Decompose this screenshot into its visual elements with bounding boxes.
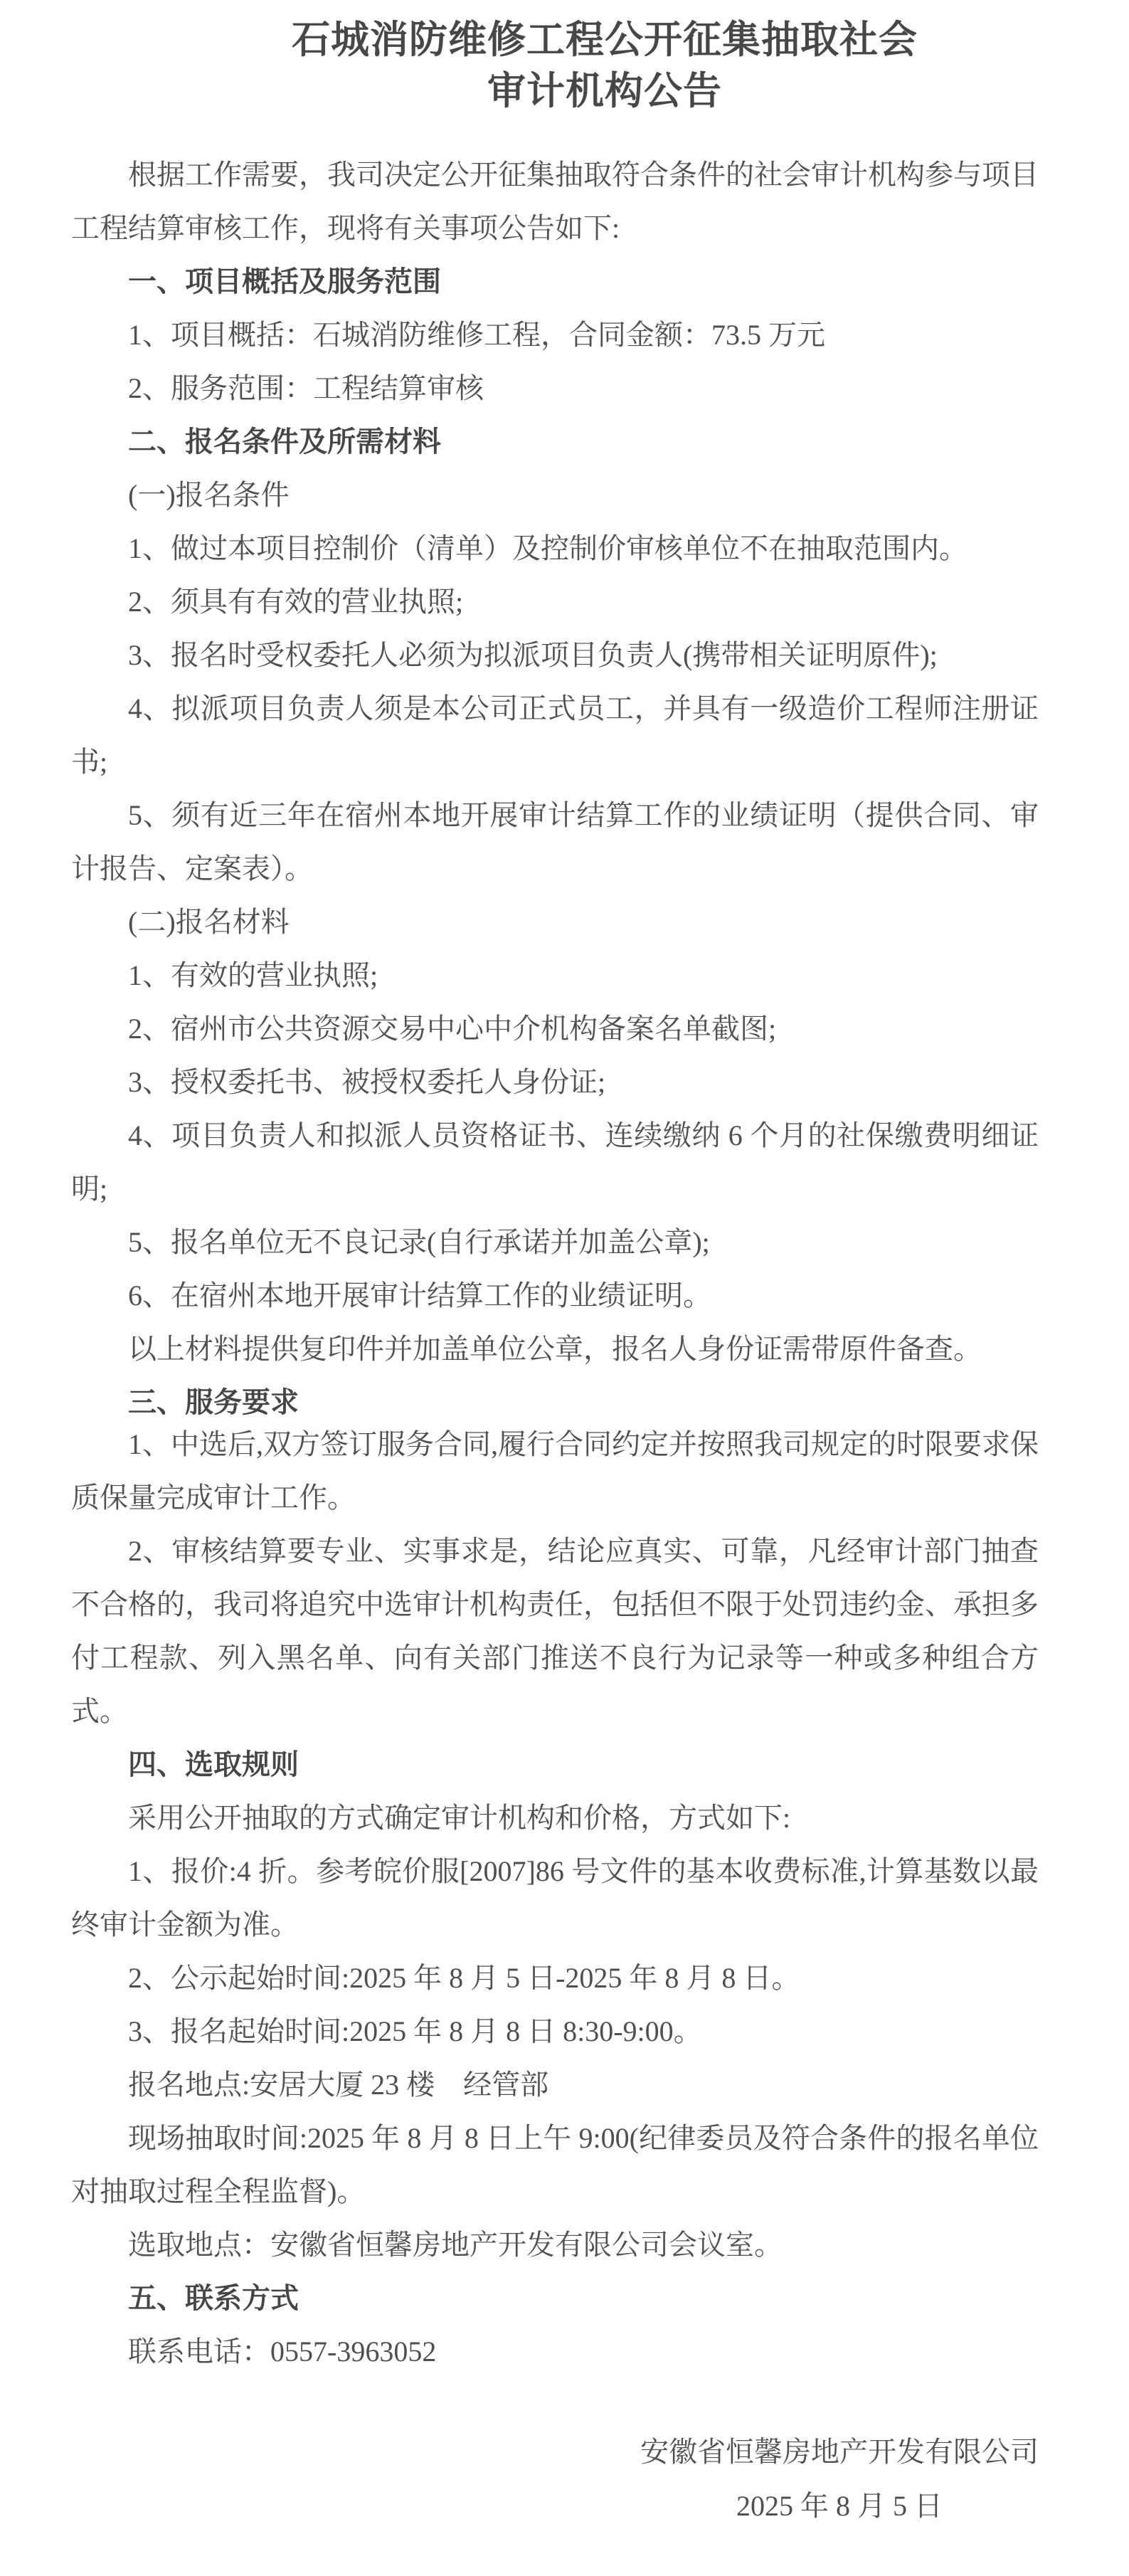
section-3-item-1: 1、中选后,双方签订服务合同,履行合同约定并按照我司规定的时限要求保质保量完成审… [71,1418,1039,1524]
contact-phone: 联系电话：0557-3963052 [71,2325,1039,2378]
registration-location: 报名地点:安居大厦 23 楼 经管部 [71,2058,1039,2111]
subsection-2-2-item-6: 6、在宿州本地开展审计结算工作的业绩证明。 [71,1269,1039,1322]
selection-location: 选取地点：安徽省恒馨房地产开发有限公司会议室。 [71,2218,1039,2271]
subsection-2-1-item-1: 1、做过本项目控制价（清单）及控制价审核单位不在抽取范围内。 [71,522,1039,575]
subsection-2-1-title: (一)报名条件 [71,468,1039,522]
materials-note: 以上材料提供复印件并加盖单位公章，报名人身份证需带原件备查。 [71,1322,1039,1376]
signature-company: 安徽省恒馨房地产开发有限公司 [640,2425,1039,2479]
section-1-item-1: 1、项目概括：石城消防维修工程，合同金额：73.5 万元 [71,308,1039,361]
signature-date: 2025 年 8 月 5 日 [640,2479,1039,2533]
section-4-heading: 四、选取规则 [71,1738,1039,1791]
section-4-intro: 采用公开抽取的方式确定审计机构和价格，方式如下: [71,1791,1039,1844]
subsection-2-1-item-5: 5、须有近三年在宿州本地开展审计结算工作的业绩证明（提供合同、审计报告、定案表）… [71,788,1039,895]
subsection-2-1-item-4: 4、拟派项目负责人须是本公司正式员工，并具有一级造价工程师注册证书; [71,682,1039,788]
page-title: 石城消防维修工程公开征集抽取社会 审计机构公告 [71,14,1039,117]
section-1-heading: 一、项目概括及服务范围 [71,255,1039,308]
subsection-2-2-item-4: 4、项目负责人和拟派人员资格证书、连续缴纳 6 个月的社保缴费明细证明; [71,1109,1039,1215]
section-5-heading: 五、联系方式 [71,2271,1039,2325]
subsection-2-1-item-2: 2、须具有有效的营业执照; [71,575,1039,628]
subsection-2-2-item-2: 2、宿州市公共资源交易中心中介机构备案名单截图; [71,1002,1039,1055]
intro-paragraph: 根据工作需要，我司决定公开征集抽取符合条件的社会审计机构参与项目工程结算审核工作… [71,148,1039,255]
subsection-2-2-item-1: 1、有效的营业执照; [71,949,1039,1002]
signature-block: 安徽省恒馨房地产开发有限公司 2025 年 8 月 5 日 [71,2425,1039,2533]
drawing-time: 现场抽取时间:2025 年 8 月 8 日上午 9:00(纪律委员及符合条件的报… [71,2111,1039,2218]
subsection-2-2-item-5: 5、报名单位无不良记录(自行承诺并加盖公章); [71,1215,1039,1269]
subsection-2-2-title: (二)报名材料 [71,895,1039,949]
page-title-line-1: 石城消防维修工程公开征集抽取社会 [171,14,1039,65]
subsection-2-1-item-3: 3、报名时受权委托人必须为拟派项目负责人(携带相关证明原件); [71,628,1039,682]
subsection-2-2-item-3: 3、授权委托书、被授权委托人身份证; [71,1055,1039,1109]
section-3-item-2: 2、审核结算要专业、实事求是，结论应真实、可靠，凡经审计部门抽查不合格的，我司将… [71,1524,1039,1738]
section-1-item-2: 2、服务范围：工程结算审核 [71,361,1039,415]
section-4-item-2: 2、公示起始时间:2025 年 8 月 5 日-2025 年 8 月 8 日。 [71,1951,1039,2005]
page-title-line-2: 审计机构公告 [171,65,1039,117]
section-4-item-3: 3、报名起始时间:2025 年 8 月 8 日 8:30-9:00。 [71,2005,1039,2058]
signature-inner: 安徽省恒馨房地产开发有限公司 2025 年 8 月 5 日 [640,2425,1039,2533]
section-4-item-1: 1、报价:4 折。参考皖价服[2007]86 号文件的基本收费标准,计算基数以最… [71,1844,1039,1951]
announcement-document: 石城消防维修工程公开征集抽取社会 审计机构公告 根据工作需要，我司决定公开征集抽… [0,0,1129,2576]
section-2-heading: 二、报名条件及所需材料 [71,415,1039,468]
